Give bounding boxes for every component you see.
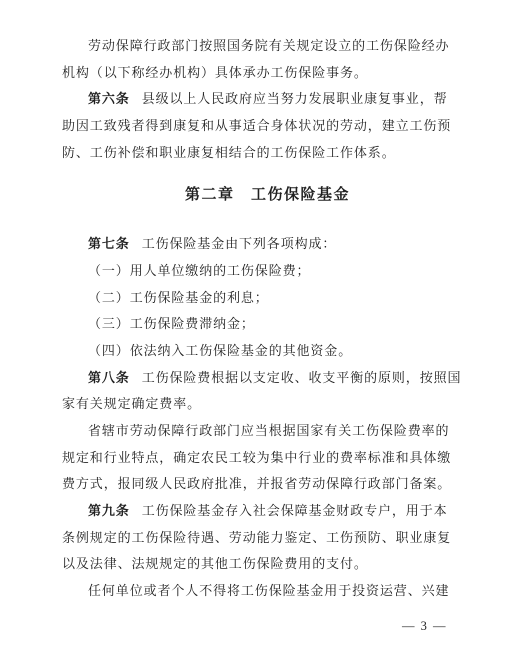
- text-line: 以及法律、法规规定的其他工伤保险费用的支付。: [62, 551, 473, 578]
- article-number-label: 第六条: [88, 91, 130, 106]
- text-line: 任何单位或者个人不得将工伤保险基金用于投资运营、兴建: [62, 578, 473, 605]
- text-line: 机构（以下称经办机构）具体承办工伤保险事务。: [62, 60, 473, 87]
- article-number-label: 第八条: [88, 370, 130, 385]
- text-line: 劳动保障行政部门按照国务院有关规定设立的工伤保险经办: [62, 33, 473, 60]
- text-line: （四）依法纳入工伤保险基金的其他资金。: [62, 338, 473, 365]
- text-line: 省辖市劳动保障行政部门应当根据国家有关工伤保险费率的: [62, 418, 473, 445]
- text-line: （三）工伤保险费滞纳金；: [62, 311, 473, 338]
- text-line: 防、工伤补偿和职业康复相结合的工伤保险工作体系。: [62, 140, 473, 167]
- text-line: 第六条县级以上人民政府应当努力发展职业康复事业，帮: [62, 86, 473, 113]
- text-line: 助因工致残者得到康复和从事适合身体状况的劳动，建立工伤预: [62, 113, 473, 140]
- page-number: — 3 —: [402, 616, 447, 636]
- article-number-label: 第七条: [88, 236, 130, 251]
- text-line: 费方式，报同级人民政府批准，并报省劳动保障行政部门备案。: [62, 471, 473, 498]
- text-line: 家有关规定确定费率。: [62, 391, 473, 418]
- article-number-label: 第九条: [88, 503, 130, 518]
- document-page: { "colors": { "paper": "#ffffff", "ink":…: [0, 0, 509, 651]
- text-line: （一）用人单位缴纳的工伤保险费；: [62, 258, 473, 285]
- text-line: 第七条工伤保险基金由下列各项构成：: [62, 231, 473, 258]
- text-line: （二）工伤保险基金的利息；: [62, 285, 473, 312]
- text-line: 条例规定的工伤保险待遇、劳动能力鉴定、工伤预防、职业康复: [62, 525, 473, 552]
- text-line: 第九条工伤保险基金存入社会保障基金财政专户，用于本: [62, 498, 473, 525]
- document-body: 劳动保障行政部门按照国务院有关规定设立的工伤保险经办机构（以下称经办机构）具体承…: [62, 33, 473, 605]
- chapter-heading: 第二章 工伤保险基金: [62, 182, 473, 209]
- text-line: 规定和行业特点，确定农民工较为集中行业的费率标准和具体缴: [62, 445, 473, 472]
- text-line: 第八条工伤保险费根据以支定收、收支平衡的原则，按照国: [62, 365, 473, 392]
